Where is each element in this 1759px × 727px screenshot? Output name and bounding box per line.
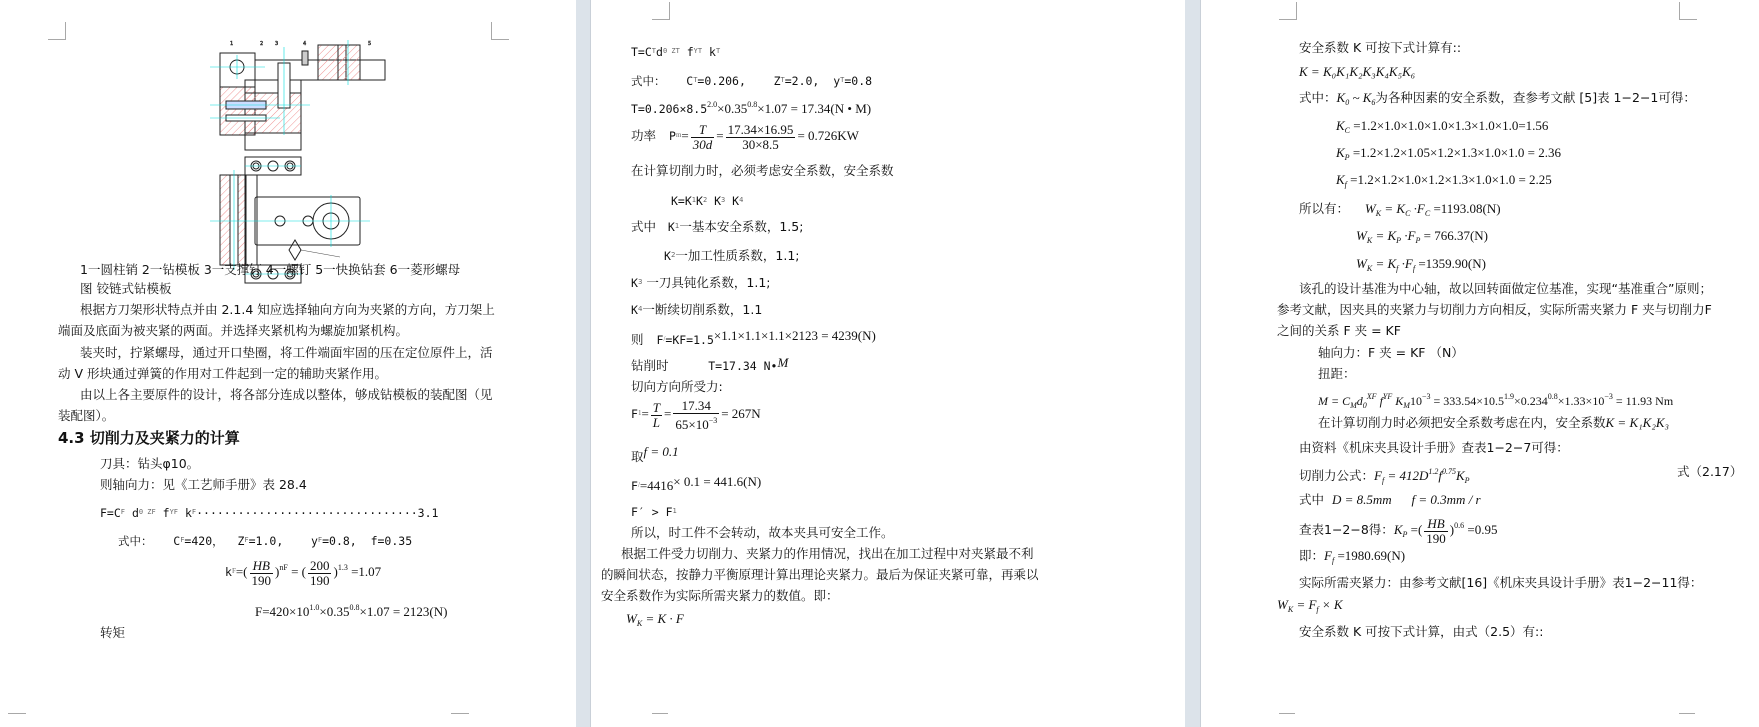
paragraph-line: 由资料《机床夹具设计手册》查表1−2−7可得：: [1299, 440, 1569, 456]
page-corner-mark: [1679, 2, 1697, 20]
section-heading: 4.3 切削力及夹紧力的计算: [58, 430, 240, 446]
paragraph-line: 参考文献，因夹具的夹紧力与切削力方向相反，实际所需夹紧力 F 夹与切削力F: [1277, 302, 1712, 318]
formula-clamping: WK = K · F: [626, 611, 684, 632]
formula-kp-lookup: 查表1−2−8得：KP =(HB190)0.6 =0.95: [1299, 511, 1497, 550]
result-ff: 即：Ff =1980.69(N): [1299, 548, 1405, 569]
formula-cutting-force: 切削力公式：Ff = 412D1.2f0.75KP 式（2.17）: [1299, 464, 1470, 489]
coefficient-k3: K3 一刀具钝化系数，1.1;: [631, 274, 770, 291]
page-corner-mark: [652, 2, 670, 20]
paragraph-line: 的瞬间状态，按静力平衡原理计算出理论夹紧力。最后为保证夹紧可靠，再乘以: [601, 567, 1039, 583]
formula-moment: M = CMd0XF fYF KM10−3 = 333.54×10.51.9×0…: [1318, 389, 1673, 414]
formula-parameters: 式中： CF=420， ZF=1.0, yF=0.8, f=0.35: [118, 532, 412, 549]
formula-power: 功率 Pm=T30d=17.34×16.9530×8.5= 0.726KW: [631, 120, 859, 152]
paragraph-line: 动 V 形块通过弹簧的作用对工件起到一定的辅助夹紧作用。: [58, 366, 387, 382]
paragraph-line: 根据方刀架形状特点并由 2.1.4 知应选择轴向方向为夹紧的方向，方刀架上: [80, 302, 495, 318]
svg-text:1: 1: [230, 41, 233, 47]
page-corner-mark: [1279, 713, 1295, 727]
svg-text:4: 4: [303, 41, 306, 47]
paragraph-line: 由以上各主要原件的设计，将各部分连成以整体，够成钻模板的装配图（见: [80, 387, 493, 403]
paragraph-line: 所以，时工件不会转动，故本夹具可安全工作。: [631, 525, 894, 541]
friction-coefficient: 取f = 0.1: [631, 444, 679, 465]
page-corner-mark: [491, 22, 509, 40]
page-gap: [576, 0, 590, 727]
paragraph-line: 在计算切削力时，必须考虑安全系数，安全系数: [631, 163, 894, 179]
figure-caption: 图 铰链式钻模板: [80, 281, 171, 297]
formula-kf: kF=(HB190)nF = (200190)1.3 =1.07: [225, 553, 381, 588]
drill-jig-drawing: 12345: [190, 35, 390, 285]
formula-safety: K=K1K2 K3 K4: [671, 192, 743, 209]
formula-safety-factor: K = K₀K₁K₂K₃K₄K₅K₆: [1299, 64, 1415, 80]
formula-clamp-force: 则 F/=KF=1.5×1.1×1.1×1.1×2123 = 4239(N): [631, 328, 876, 348]
formula-kp: KP =1.2×1.2×1.05×1.2×1.3×1.0×1.0 = 2.36: [1336, 145, 1561, 166]
page-corner-mark: [1679, 713, 1695, 727]
coefficient-k2: K2一加工性质系数，1.1;: [664, 247, 800, 264]
page-corner-mark: [652, 713, 668, 727]
page-corner-mark: [451, 713, 469, 727]
formula-axial-force: F=CF d0 ZF fYF kF·······················…: [100, 504, 438, 521]
formula-friction-force: F/=4416× 0.1 = 441.6(N): [631, 474, 761, 494]
paragraph-line: 装配图）。: [58, 408, 114, 424]
formula-tangential-force: F1=TL=17.3465×10−3= 267N: [631, 398, 761, 432]
result-wk-p: WK = KP ·FP = 766.37(N): [1356, 228, 1488, 249]
svg-text:3: 3: [275, 41, 278, 47]
paragraph-line: 实际所需夹紧力：由参考文献[16]《机床夹具设计手册》表1−2−11得：: [1299, 575, 1702, 591]
coefficient-k1: 式中 K1一基本安全系数，1.5;: [631, 218, 803, 235]
page-gap: [1185, 0, 1200, 727]
paragraph-line: 该孔的设计基准为中心轴，故以回转面做定位基准，实现“基准重合”原则；: [1299, 281, 1712, 297]
formula-torque-result: T=0.206×8.52.0×0.350.8×1.07 = 17.34(N • …: [631, 97, 871, 117]
formula-axial-result: F=420×101.0×0.350.8×1.07 = 2123(N): [255, 600, 447, 620]
paragraph-line: 端面及底面为被夹紧的两面。并选择夹紧机构为螺旋加紧机构。: [58, 323, 408, 339]
page-corner-mark: [48, 22, 66, 40]
paragraph-line: 安全系数 K 可按下式计算有::: [1299, 40, 1461, 56]
paragraph-line: 安全系数作为实际所需夹紧力的数值。即：: [601, 588, 839, 604]
paragraph-line: 之间的关系 F 夹 = KF: [1277, 323, 1401, 339]
document-page-3: 安全系数 K 可按下式计算有:: K = K₀K₁K₂K₃K₄K₅K₆ 式中：K…: [1200, 0, 1759, 727]
document-page-2: T=CTd0 ZT fYT kT 式中： CT=0.206, ZT=2.0, y…: [590, 0, 1186, 727]
formula-wk-final: WK = Ff × K: [1277, 597, 1343, 618]
paragraph-line: 则轴向力：见《工艺师手册》表 28.4: [100, 477, 307, 493]
document-page-1: 12345: [0, 0, 576, 727]
svg-text:5: 5: [368, 41, 371, 47]
figure-legend: 1一圆柱销 2一钻模板 3一支撑钉 4一螺钉 5一快换钻套 6一菱形螺母: [80, 262, 460, 278]
paragraph-line: 转矩: [100, 625, 125, 641]
page-corner-mark: [1279, 2, 1297, 20]
svg-text:2: 2: [260, 41, 263, 47]
paragraph-line: 装夹时，拧紧螺母，通过开口垫圈，将工件端面牢固的压在定位原件上，活: [80, 345, 493, 361]
formula-kc: KC =1.2×1.0×1.0×1.0×1.3×1.0×1.0=1.56: [1336, 118, 1548, 139]
coefficient-k4: K4一断续切削系数，1.1: [631, 301, 762, 318]
page-corner-mark: [8, 713, 26, 727]
parameters-line: 式中 D = 8.5mm f = 0.3mm / r: [1299, 492, 1481, 508]
formula-kf: Kf =1.2×1.2×1.0×1.2×1.3×1.0×1.0 = 2.25: [1336, 172, 1552, 193]
paragraph-line: 式中：K0 ~ K6为各种因素的安全系数，查参考文献 [5]表 1−2−1可得：: [1299, 90, 1696, 111]
result-wk-f: WK = Kf ·Ff =1359.90(N): [1356, 256, 1486, 277]
paragraph-line: 轴向力：F 夹 = KF （N）: [1318, 345, 1464, 361]
paragraph-line: 刀具：钻头φ10。: [100, 456, 199, 472]
drilling-torque: 钻削时 T=17.34 N•M: [631, 355, 788, 374]
paragraph-line: 根据工件受力切削力、夹紧力的作用情况，找出在加工过程中对夹紧最不利: [621, 546, 1034, 562]
paragraph-line: 切向方向所受力:: [631, 379, 723, 395]
paragraph-line: 安全系数 K 可按下式计算，由式（2.5）有::: [1299, 624, 1543, 640]
formula-torque: T=CTd0 ZT fYT kT: [631, 43, 720, 60]
formula-parameters: 式中： CT=0.206, ZT=2.0, yT=0.8: [631, 72, 872, 89]
paragraph-line: 在计算切削力时必须把安全系数考虑在内，安全系数K = K₁K₂K₃: [1318, 415, 1669, 431]
result-wk-c: 所以有： WK = KC ·FC =1193.08(N): [1299, 201, 1501, 222]
paragraph-line: 扭距：: [1318, 366, 1356, 382]
force-comparison: F′ > F1: [631, 503, 677, 520]
